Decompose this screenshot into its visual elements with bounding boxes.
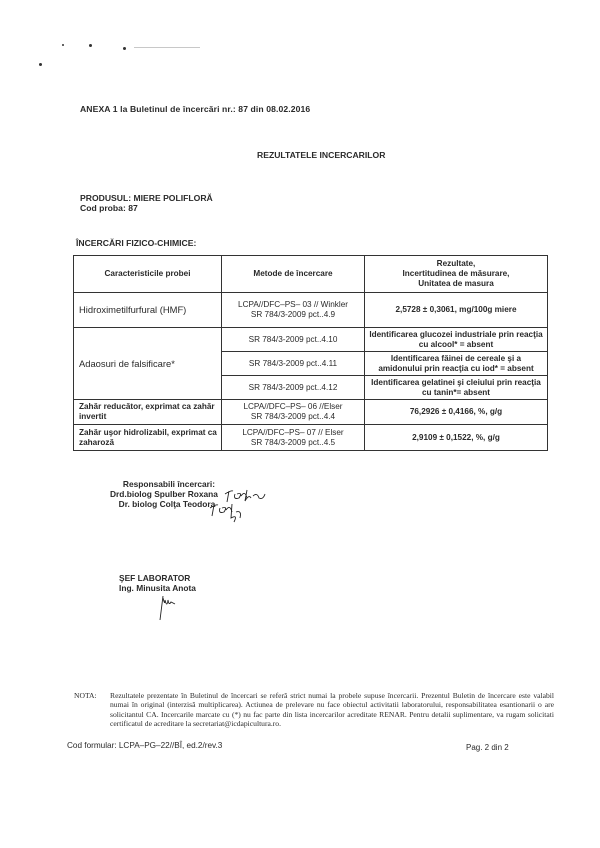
method-cell: LCPA//DFC–PS– 07 // Elser SR 784/3-2009 … xyxy=(222,425,365,451)
header-result: Rezultate, Incertitudinea de măsurare, U… xyxy=(365,256,548,293)
note-label: NOTA: xyxy=(74,691,97,700)
responsible-person-2: Dr. biolog Colţa Teodora xyxy=(110,499,218,509)
note-block: NOTA: Rezultatele prezentate în Buletinu… xyxy=(74,691,554,729)
signature-icon xyxy=(208,500,248,524)
section-title: ÎNCERCĂRI FIZICO-CHIMICE: xyxy=(76,238,196,248)
lab-chief-label: ŞEF LABORATOR xyxy=(119,573,196,583)
annex-reference: ANEXA 1 la Buletinul de încercări nr.: 8… xyxy=(80,104,310,114)
header-method: Metode de încercare xyxy=(222,256,365,293)
table-row: Hidroximetilfurfural (HMF) LCPA//DFC–PS–… xyxy=(74,293,548,328)
method-cell: SR 784/3-2009 pct..4.11 xyxy=(222,352,365,376)
header-characteristic: Caracteristicile probei xyxy=(74,256,222,293)
method-cell: SR 784/3-2009 pct..4.10 xyxy=(222,328,365,352)
result-cell: Identificarea glucozei industriale prin … xyxy=(365,328,548,352)
method-cell: SR 784/3-2009 pct..4.12 xyxy=(222,376,365,400)
note-text: Rezultatele prezentate în Buletinul de î… xyxy=(110,691,554,729)
result-cell: 76,2926 ± 0,4166, %, g/g xyxy=(365,400,548,425)
form-code: Cod formular: LCPA–PG–22//BÎ, ed.2/rev.3 xyxy=(67,741,222,750)
result-cell: Identificarea gelatinei şi cleiului prin… xyxy=(365,376,548,400)
scan-speck xyxy=(123,47,126,50)
scan-speck xyxy=(39,63,42,66)
characteristic-cell: Hidroximetilfurfural (HMF) xyxy=(74,293,222,328)
result-cell: 2,9109 ± 0,1522, %, g/g xyxy=(365,425,548,451)
table-row: Zahăr reducător, exprimat ca zahăr inver… xyxy=(74,400,548,425)
lab-chief-block: ŞEF LABORATOR Ing. Minusita Anota xyxy=(119,573,196,593)
characteristic-cell: Zahăr uşor hidrolizabil, exprimat ca zah… xyxy=(74,425,222,451)
page-number: Pag. 2 din 2 xyxy=(466,743,509,752)
scan-speck xyxy=(62,44,64,46)
method-cell: LCPA//DFC–PS– 03 // Winkler SR 784/3-200… xyxy=(222,293,365,328)
table-row: Adaosuri de falsificare* SR 784/3-2009 p… xyxy=(74,328,548,352)
responsible-person-1: Drd.biolog Spulber Roxana xyxy=(110,489,218,499)
scan-streak xyxy=(134,47,200,48)
characteristic-cell: Adaosuri de falsificare* xyxy=(74,328,222,400)
result-cell: Identificarea făinei de cereale şi a ami… xyxy=(365,352,548,376)
product-name: PRODUSUL: MIERE POLIFLORĂ xyxy=(80,193,213,203)
results-table: Caracteristicile probei Metode de încerc… xyxy=(73,255,548,451)
document-title: REZULTATELE INCERCARILOR xyxy=(257,150,385,160)
signature-icon xyxy=(157,592,177,622)
sample-code: Cod proba: 87 xyxy=(80,203,213,213)
method-cell: LCPA//DFC–PS– 06 //Elser SR 784/3-2009 p… xyxy=(222,400,365,425)
table-row: Zahăr uşor hidrolizabil, exprimat ca zah… xyxy=(74,425,548,451)
scan-speck xyxy=(89,44,92,47)
table-header-row: Caracteristicile probei Metode de încerc… xyxy=(74,256,548,293)
characteristic-cell: Zahăr reducător, exprimat ca zahăr inver… xyxy=(74,400,222,425)
responsible-block: Responsabili încercari: Drd.biolog Spulb… xyxy=(110,479,218,509)
responsible-label: Responsabili încercari: xyxy=(110,479,218,489)
result-cell: 2,5728 ± 0,3061, mg/100g miere xyxy=(365,293,548,328)
product-info: PRODUSUL: MIERE POLIFLORĂ Cod proba: 87 xyxy=(80,193,213,213)
